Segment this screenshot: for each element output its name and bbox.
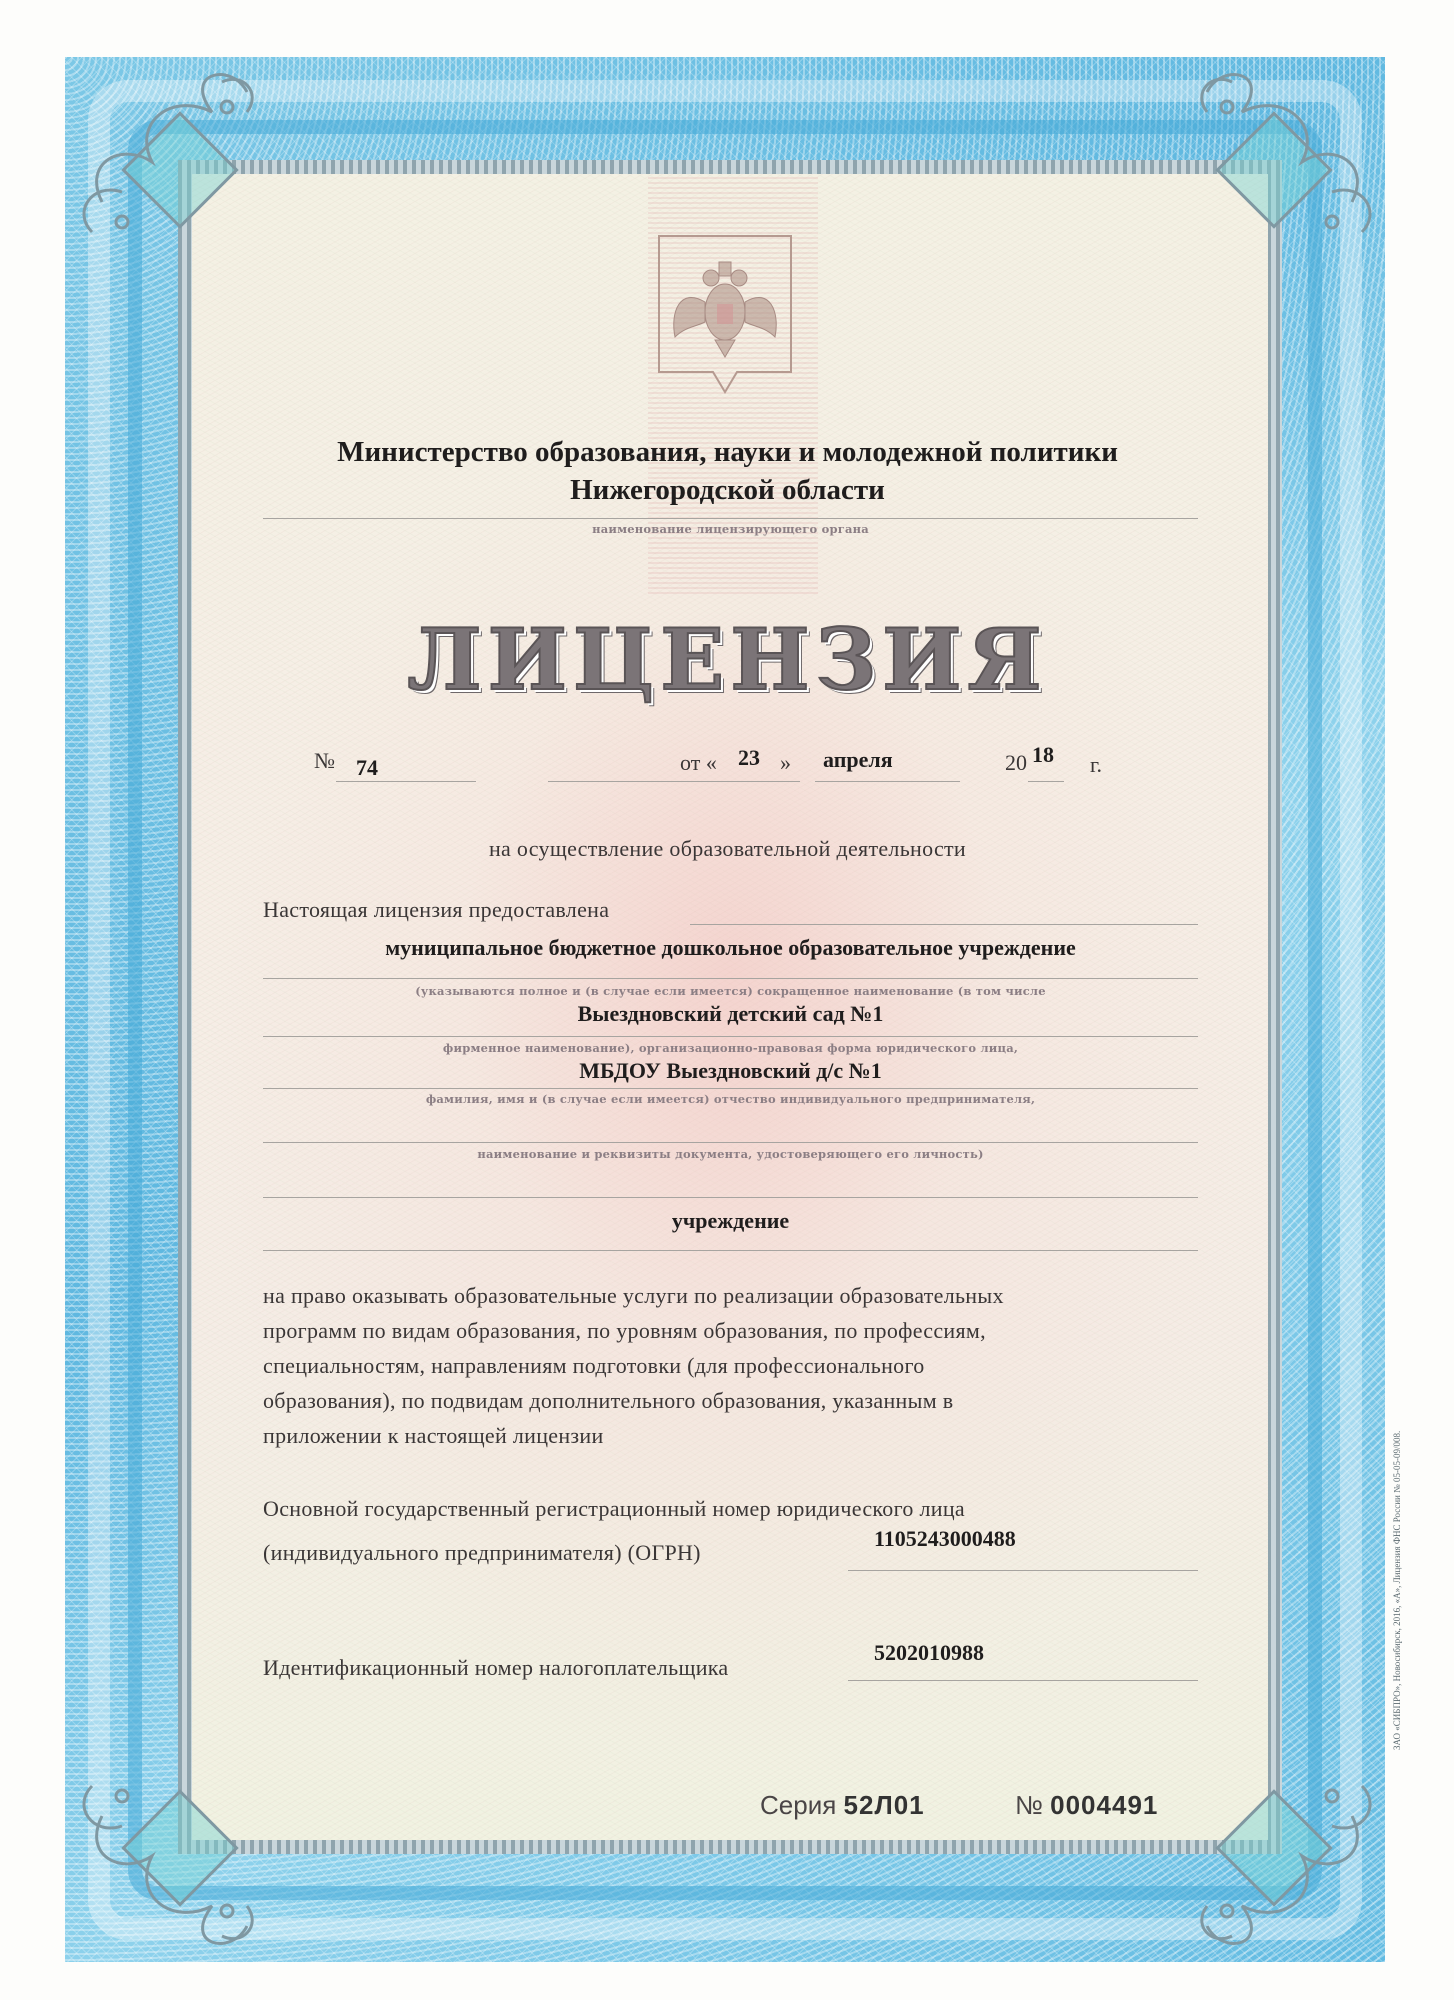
underline <box>263 1250 1198 1251</box>
licensing-authority-line1: Министерство образования, науки и молоде… <box>190 434 1265 470</box>
underline <box>690 924 1198 925</box>
licensing-authority-line2: Нижегородской области <box>190 472 1265 508</box>
blank-number-value: 0004491 <box>1050 1790 1158 1820</box>
underline <box>848 1570 1198 1571</box>
number-label: № <box>314 748 335 774</box>
granted-label: Настоящая лицензия предоставлена <box>263 897 609 923</box>
underline <box>263 1088 1198 1089</box>
date-year-prefix: 20 <box>1005 750 1027 776</box>
rights-line: на право оказывать образовательные услуг… <box>263 1278 1198 1313</box>
date-from-label: от « <box>680 750 717 776</box>
series: Серия 52Л01 <box>760 1790 925 1821</box>
ogrn-label-line1: Основной государственный регистрационный… <box>263 1496 965 1522</box>
rights-line: программ по видам образования, по уровня… <box>263 1313 1198 1348</box>
date-day: 23 <box>738 745 760 771</box>
underline <box>263 1142 1198 1143</box>
document-title: ЛИЦЕНЗИЯ <box>190 610 1265 709</box>
series-value: 52Л01 <box>844 1790 925 1820</box>
inn-label: Идентификационный номер налогоплательщик… <box>263 1655 729 1681</box>
underline <box>848 1680 1198 1681</box>
date-year-suffix: 18 <box>1032 742 1054 768</box>
rights-line: приложении к настоящей лицензии <box>263 1418 1198 1453</box>
licensee-full-name-line1: муниципальное бюджетное дошкольное образ… <box>263 935 1198 961</box>
underline <box>263 518 1198 519</box>
organization-form: учреждение <box>263 1208 1198 1234</box>
series-label: Серия <box>760 1790 836 1820</box>
ogrn-label-line2: (индивидуального предпринимателя) (ОГРН) <box>263 1540 701 1566</box>
date-year-unit: г. <box>1090 752 1102 778</box>
license-number: 74 <box>356 755 378 781</box>
licensee-full-name-line2: Выездновский детский сад №1 <box>263 1001 1198 1027</box>
inn-value: 5202010988 <box>874 1640 984 1666</box>
rights-line: образования), по подвидам дополнительног… <box>263 1383 1198 1418</box>
underline <box>550 781 800 782</box>
rights-paragraph: на право оказывать образовательные услуг… <box>263 1278 1198 1453</box>
blank-number: № 0004491 <box>1015 1790 1158 1821</box>
caption-full-name: (указываются полное и (в случае если име… <box>263 984 1198 998</box>
caption-entrepreneur: фамилия, имя и (в случае если имеется) о… <box>263 1092 1198 1106</box>
corner-ornament-icon <box>1192 52 1392 252</box>
corner-ornament-icon <box>62 1766 262 1966</box>
underline <box>263 978 1198 979</box>
underline <box>336 781 476 782</box>
authority-caption: наименование лицензирующего органа <box>263 522 1198 536</box>
rights-line: специальностям, направлениям подготовки … <box>263 1348 1198 1383</box>
corner-ornament-icon <box>1192 1766 1392 1966</box>
caption-brand-name: фирменное наименование), организационно-… <box>263 1041 1198 1055</box>
date-month: апреля <box>823 747 893 773</box>
underline <box>815 781 960 782</box>
date-quote-close: » <box>780 750 791 776</box>
corner-ornament-icon <box>62 52 262 252</box>
licensee-short-name: МБДОУ Выездновский д/с №1 <box>263 1058 1198 1084</box>
license-purpose: на осуществление образовательной деятель… <box>190 836 1265 862</box>
coat-of-arms-icon <box>655 232 795 402</box>
blank-number-label: № <box>1015 1790 1043 1820</box>
ogrn-value: 1105243000488 <box>874 1526 1016 1552</box>
underline <box>1028 781 1064 782</box>
caption-id-document: наименование и реквизиты документа, удос… <box>263 1147 1198 1161</box>
underline <box>263 1036 1198 1037</box>
printer-imprint: ЗАО «СИБПРО», Новосибирск, 2016, «А», Ли… <box>1392 1350 1406 1750</box>
underline <box>263 1197 1198 1198</box>
